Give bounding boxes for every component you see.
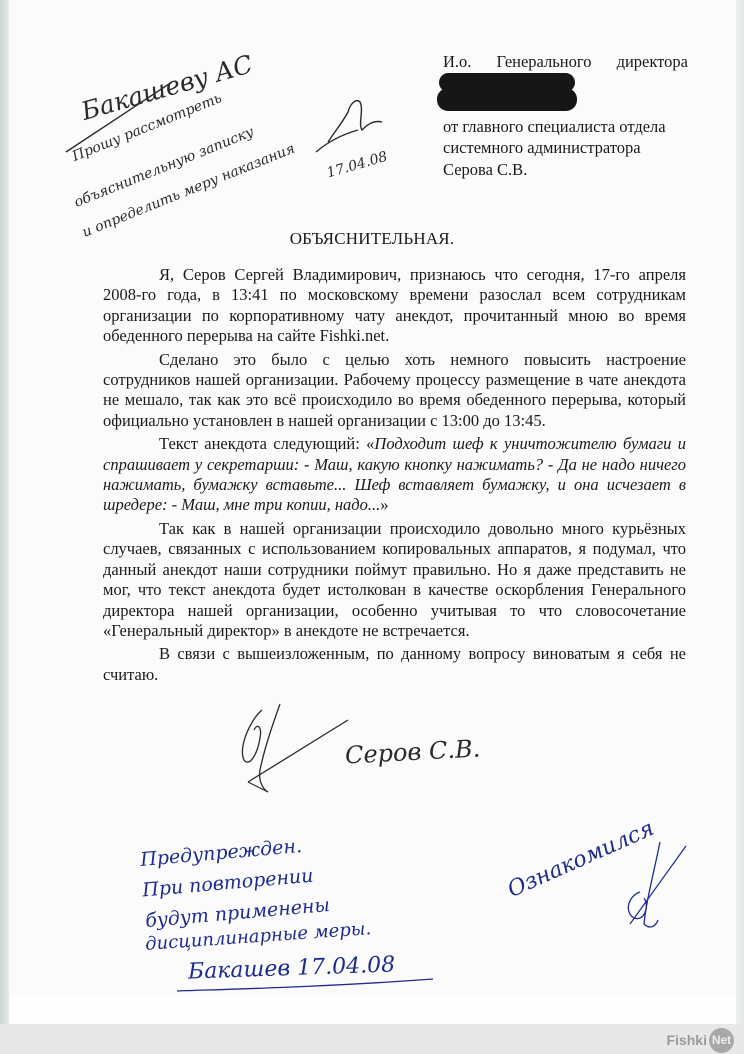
watermark-badge: Net bbox=[709, 1028, 734, 1053]
document-title: ОБЪЯСНИТЕЛЬНАЯ. bbox=[0, 229, 744, 249]
warning-signature-underline bbox=[175, 975, 435, 995]
acknowledgement-signature-icon bbox=[610, 832, 690, 932]
watermark-text: Fishki bbox=[667, 1032, 707, 1048]
from-line-3: Серова С.В. bbox=[443, 159, 688, 181]
resolution-signature-icon bbox=[310, 90, 390, 160]
scan-right-edge bbox=[736, 0, 744, 1024]
joke-lead: Текст анекдота следующий: « bbox=[159, 434, 374, 453]
paragraph: Сделано это было с целью хоть немного по… bbox=[103, 350, 686, 432]
addressee-position: И.о. Генерального директора bbox=[443, 51, 688, 73]
bottom-strip bbox=[0, 1024, 744, 1054]
addressee-word: Генерального bbox=[497, 51, 592, 73]
page-bottom-margin bbox=[9, 995, 736, 1024]
from-line-1: от главного специалиста отдела bbox=[443, 116, 688, 138]
author-signature-icon bbox=[232, 700, 352, 795]
addressee-word: директора bbox=[617, 51, 688, 73]
paragraph: Я, Серов Сергей Владимирович, признаюсь … bbox=[103, 265, 686, 347]
addressee-block: И.о. Генерального директора от главного … bbox=[443, 51, 688, 180]
redaction-blot bbox=[437, 72, 577, 112]
scan-left-edge bbox=[0, 0, 9, 1024]
fishki-watermark: Fishki Net bbox=[667, 1028, 734, 1052]
addressee-word: И.о. bbox=[443, 51, 471, 73]
document-body: Я, Серов Сергей Владимирович, признаюсь … bbox=[103, 265, 686, 688]
paragraph-joke: Текст анекдота следующий: «Подходит шеф … bbox=[103, 434, 686, 516]
paragraph: В связи с вышеизложенным, по данному воп… bbox=[103, 644, 686, 685]
from-line-2: системного администратора bbox=[443, 137, 688, 159]
paragraph: Так как в нашей организации происходило … bbox=[103, 519, 686, 641]
joke-tail: » bbox=[380, 495, 388, 514]
